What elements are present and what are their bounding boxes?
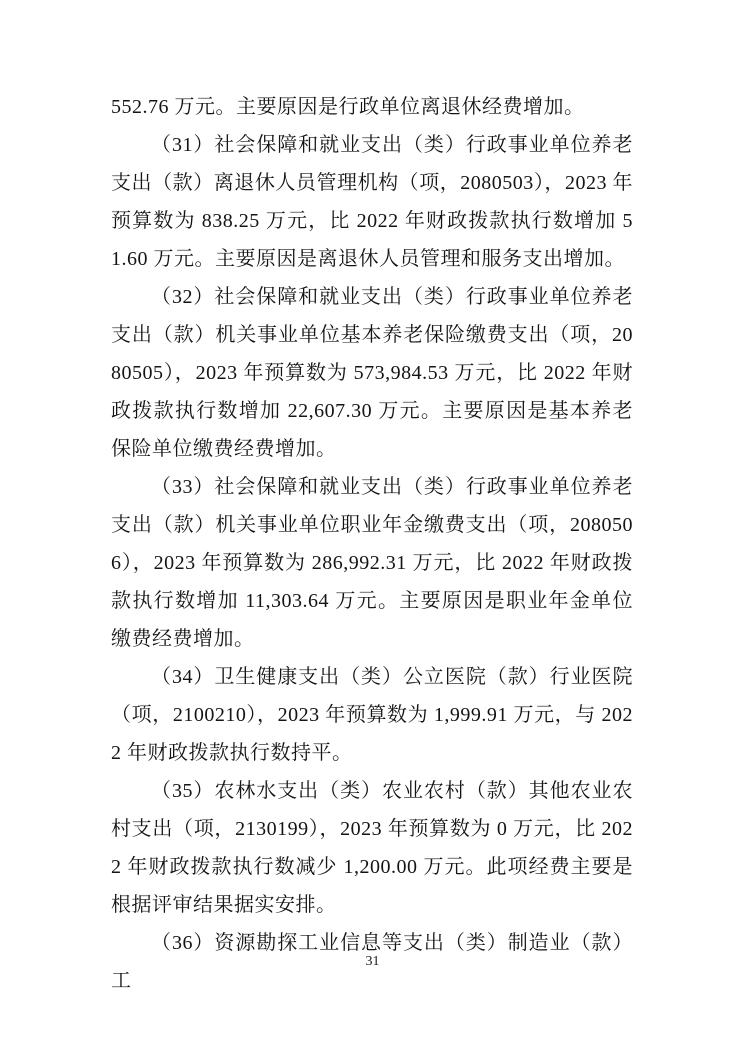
para-31: （31）社会保障和就业支出（类）行政事业单位养老支出（款）离退休人员管理机构（项… (111, 126, 633, 278)
para-34: （34）卫生健康支出（类）公立医院（款）行业医院（项，2100210），2023… (111, 658, 633, 772)
para-32: （32）社会保障和就业支出（类）行政事业单位养老支出（款）机关事业单位基本养老保… (111, 278, 633, 468)
document-page: 552.76 万元。主要原因是行政单位离退休经费增加。（31）社会保障和就业支出… (0, 0, 745, 1053)
page-number: 31 (366, 954, 380, 969)
document-body: 552.76 万元。主要原因是行政单位离退休经费增加。（31）社会保障和就业支出… (111, 88, 633, 1000)
para-continuation: 552.76 万元。主要原因是行政单位离退休经费增加。 (111, 88, 633, 126)
para-33: （33）社会保障和就业支出（类）行政事业单位养老支出（款）机关事业单位职业年金缴… (111, 468, 633, 658)
page-footer: 31 (0, 952, 745, 972)
para-35: （35）农林水支出（类）农业农村（款）其他农业农村支出（项，2130199），2… (111, 772, 633, 924)
